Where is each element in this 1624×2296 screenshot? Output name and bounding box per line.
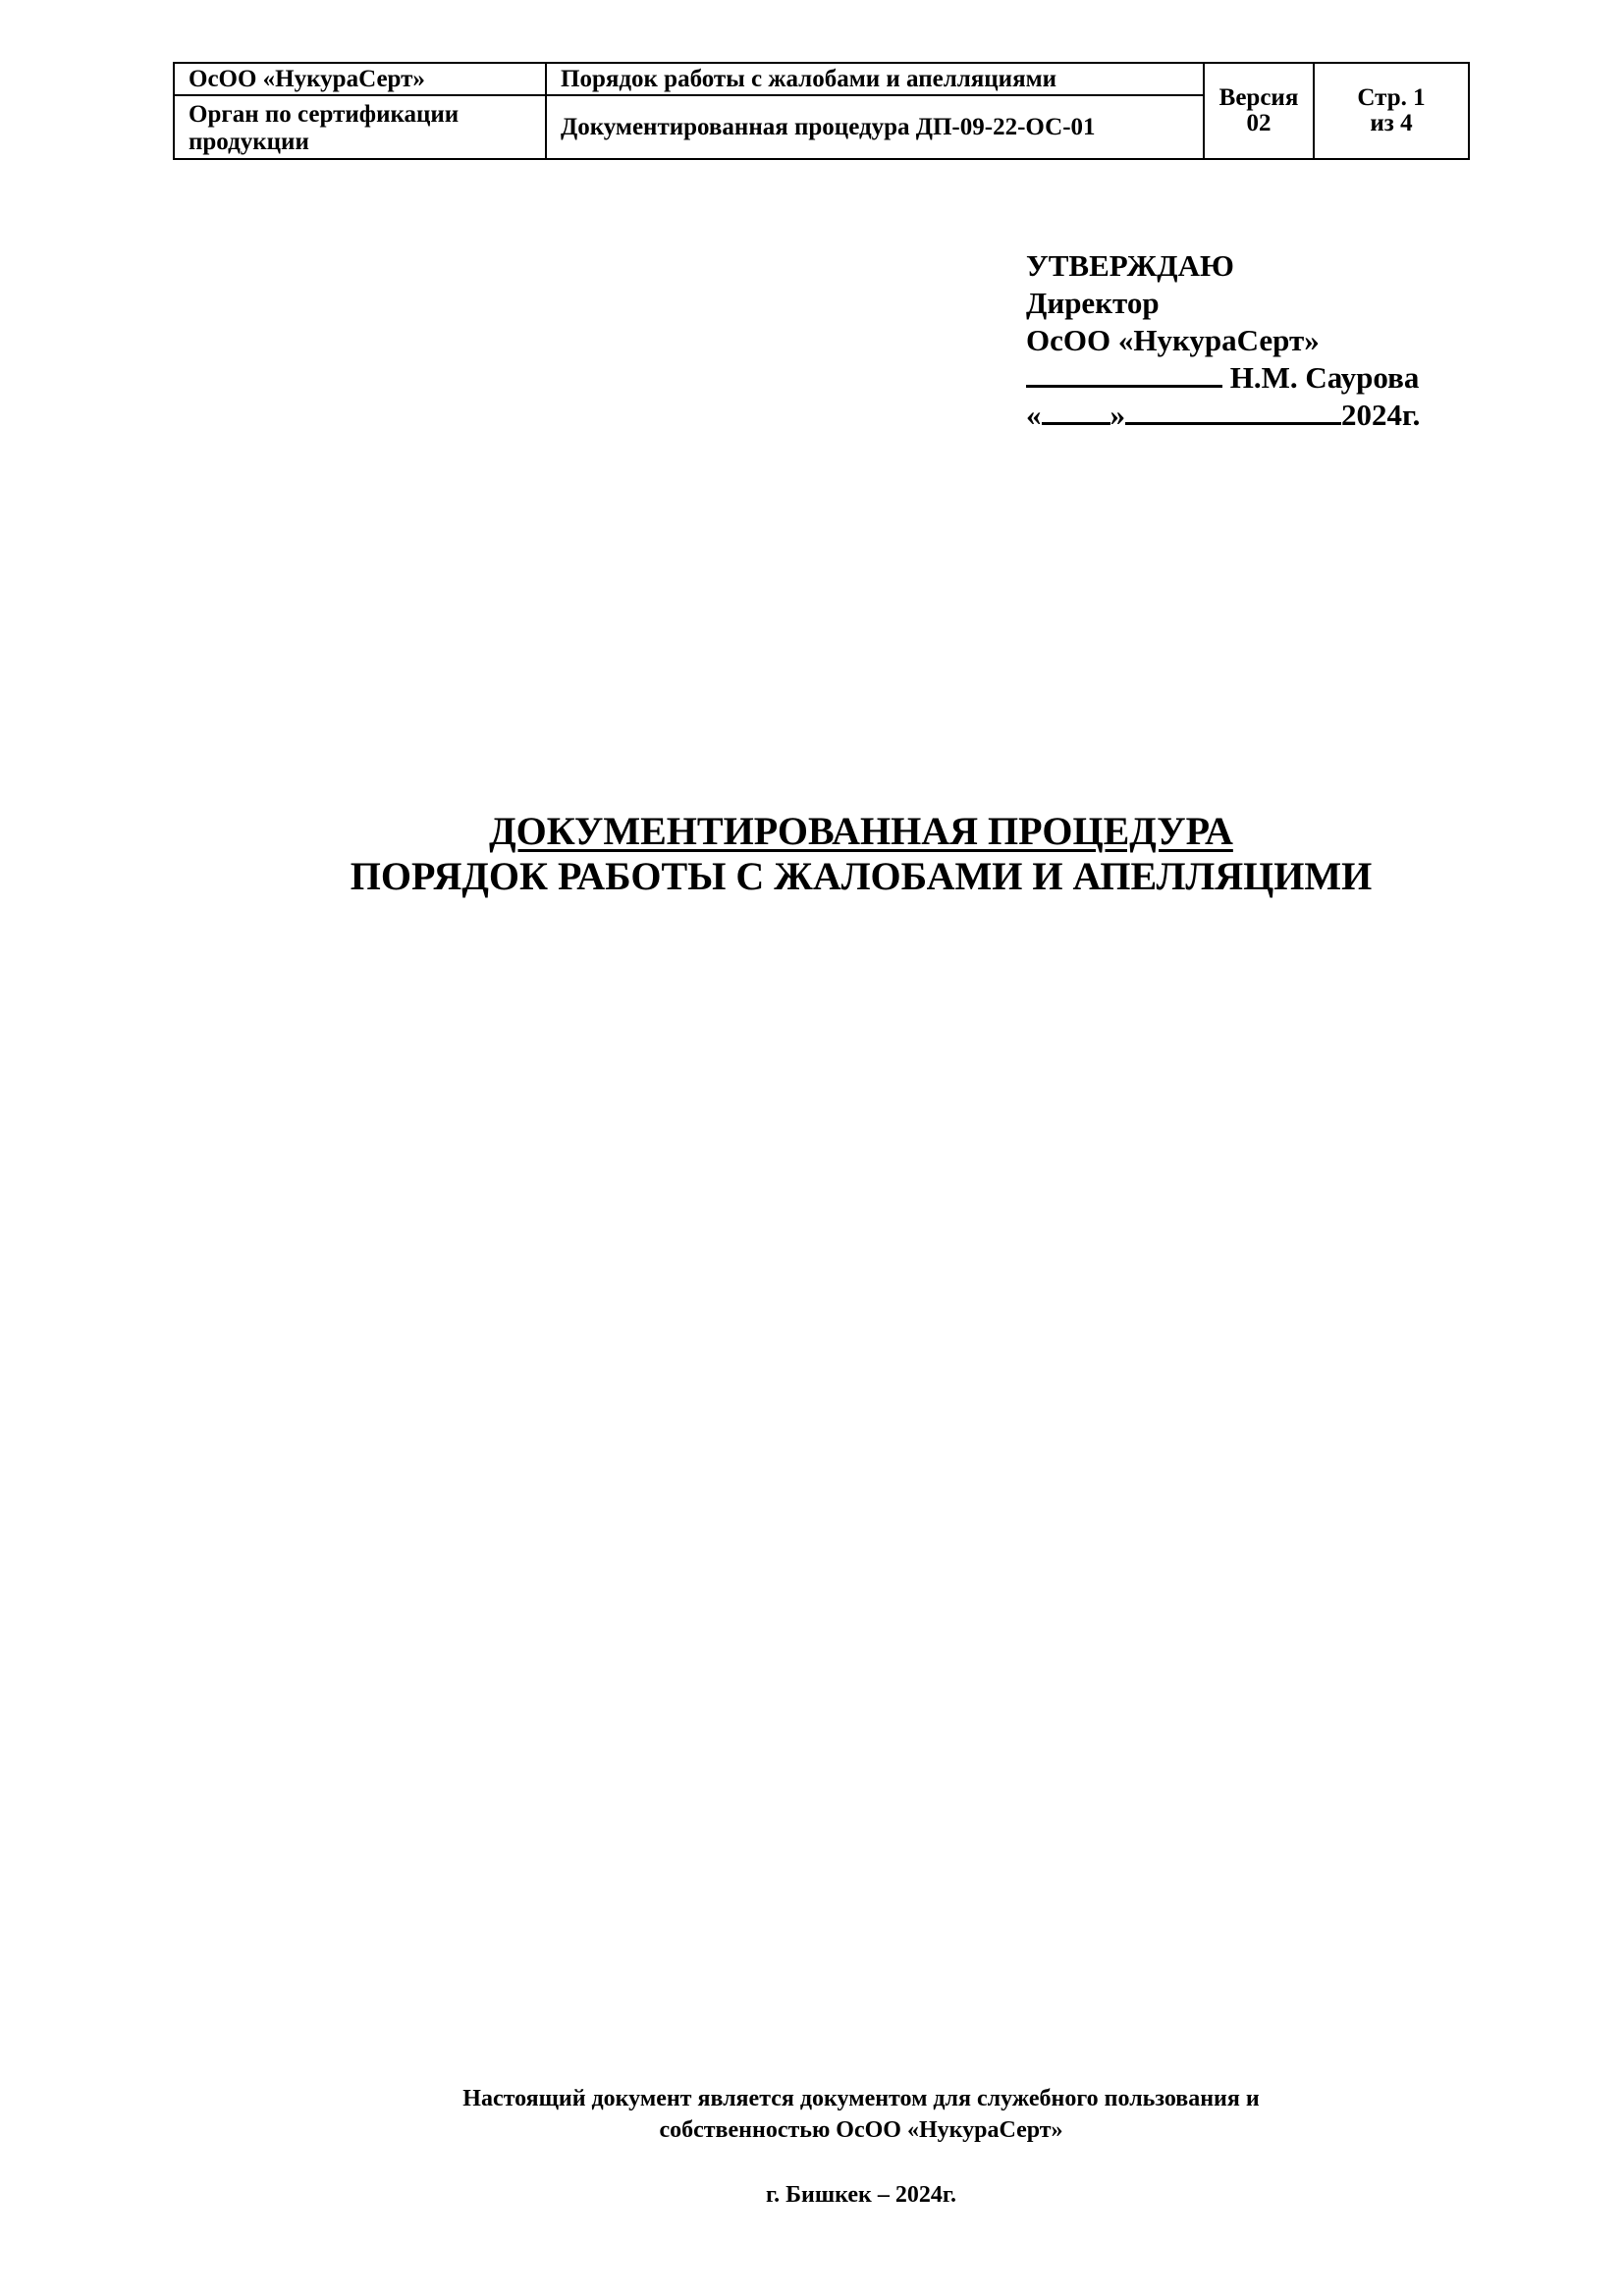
version-cell: Версия 02	[1204, 63, 1314, 159]
quote-open: «	[1026, 398, 1042, 432]
date-row: «»2024г.	[1026, 397, 1420, 434]
approval-year: 2024г.	[1341, 398, 1420, 432]
document-title: ДОКУМЕНТИРОВАННАЯ ПРОЦЕДУРА ПОРЯДОК РАБО…	[0, 809, 1624, 899]
day-blank-line	[1042, 397, 1110, 425]
note-line-2: собственностью ОсОО «НукураСерт»	[98, 2114, 1624, 2146]
approver-company: ОсОО «НукураСерт»	[1026, 322, 1420, 359]
approval-block: УТВЕРЖДАЮ Директор ОсОО «НукураСерт» Н.М…	[1026, 247, 1420, 434]
note-line-1: Настоящий документ является документом д…	[98, 2083, 1624, 2114]
org-unit-cell: Орган по сертификации продукции	[174, 95, 546, 159]
month-blank-line	[1125, 397, 1341, 425]
version-label: Версия	[1205, 85, 1313, 111]
doc-code-cell: Документированная процедура ДП-09-22-ОС-…	[546, 95, 1204, 159]
signer-name: Н.М. Саурова	[1230, 360, 1420, 395]
title-line-2: ПОРЯДОК РАБОТЫ С ЖАЛОБАМИ И АПЕЛЛЯЦИМИ	[0, 854, 1624, 899]
org-name-cell: ОсОО «НукураСерт»	[174, 63, 546, 95]
city-year: г. Бишкек – 2024г.	[0, 2179, 1624, 2211]
approver-position: Директор	[1026, 285, 1420, 322]
confidentiality-note: Настоящий документ является документом д…	[0, 2083, 1624, 2146]
document-header-table: ОсОО «НукураСерт» Порядок работы с жалоб…	[173, 62, 1470, 160]
approve-label: УТВЕРЖДАЮ	[1026, 247, 1420, 285]
page-label: Стр. 1	[1315, 85, 1468, 111]
page-cell: Стр. 1 из 4	[1314, 63, 1469, 159]
signature-line	[1026, 359, 1222, 388]
signature-row: Н.М. Саурова	[1026, 359, 1420, 397]
quote-close: »	[1110, 398, 1126, 432]
page-of: из 4	[1315, 111, 1468, 136]
version-value: 02	[1205, 111, 1313, 136]
title-line-1: ДОКУМЕНТИРОВАННАЯ ПРОЦЕДУРА	[391, 809, 1233, 853]
doc-subject-cell: Порядок работы с жалобами и апелляциями	[546, 63, 1204, 95]
